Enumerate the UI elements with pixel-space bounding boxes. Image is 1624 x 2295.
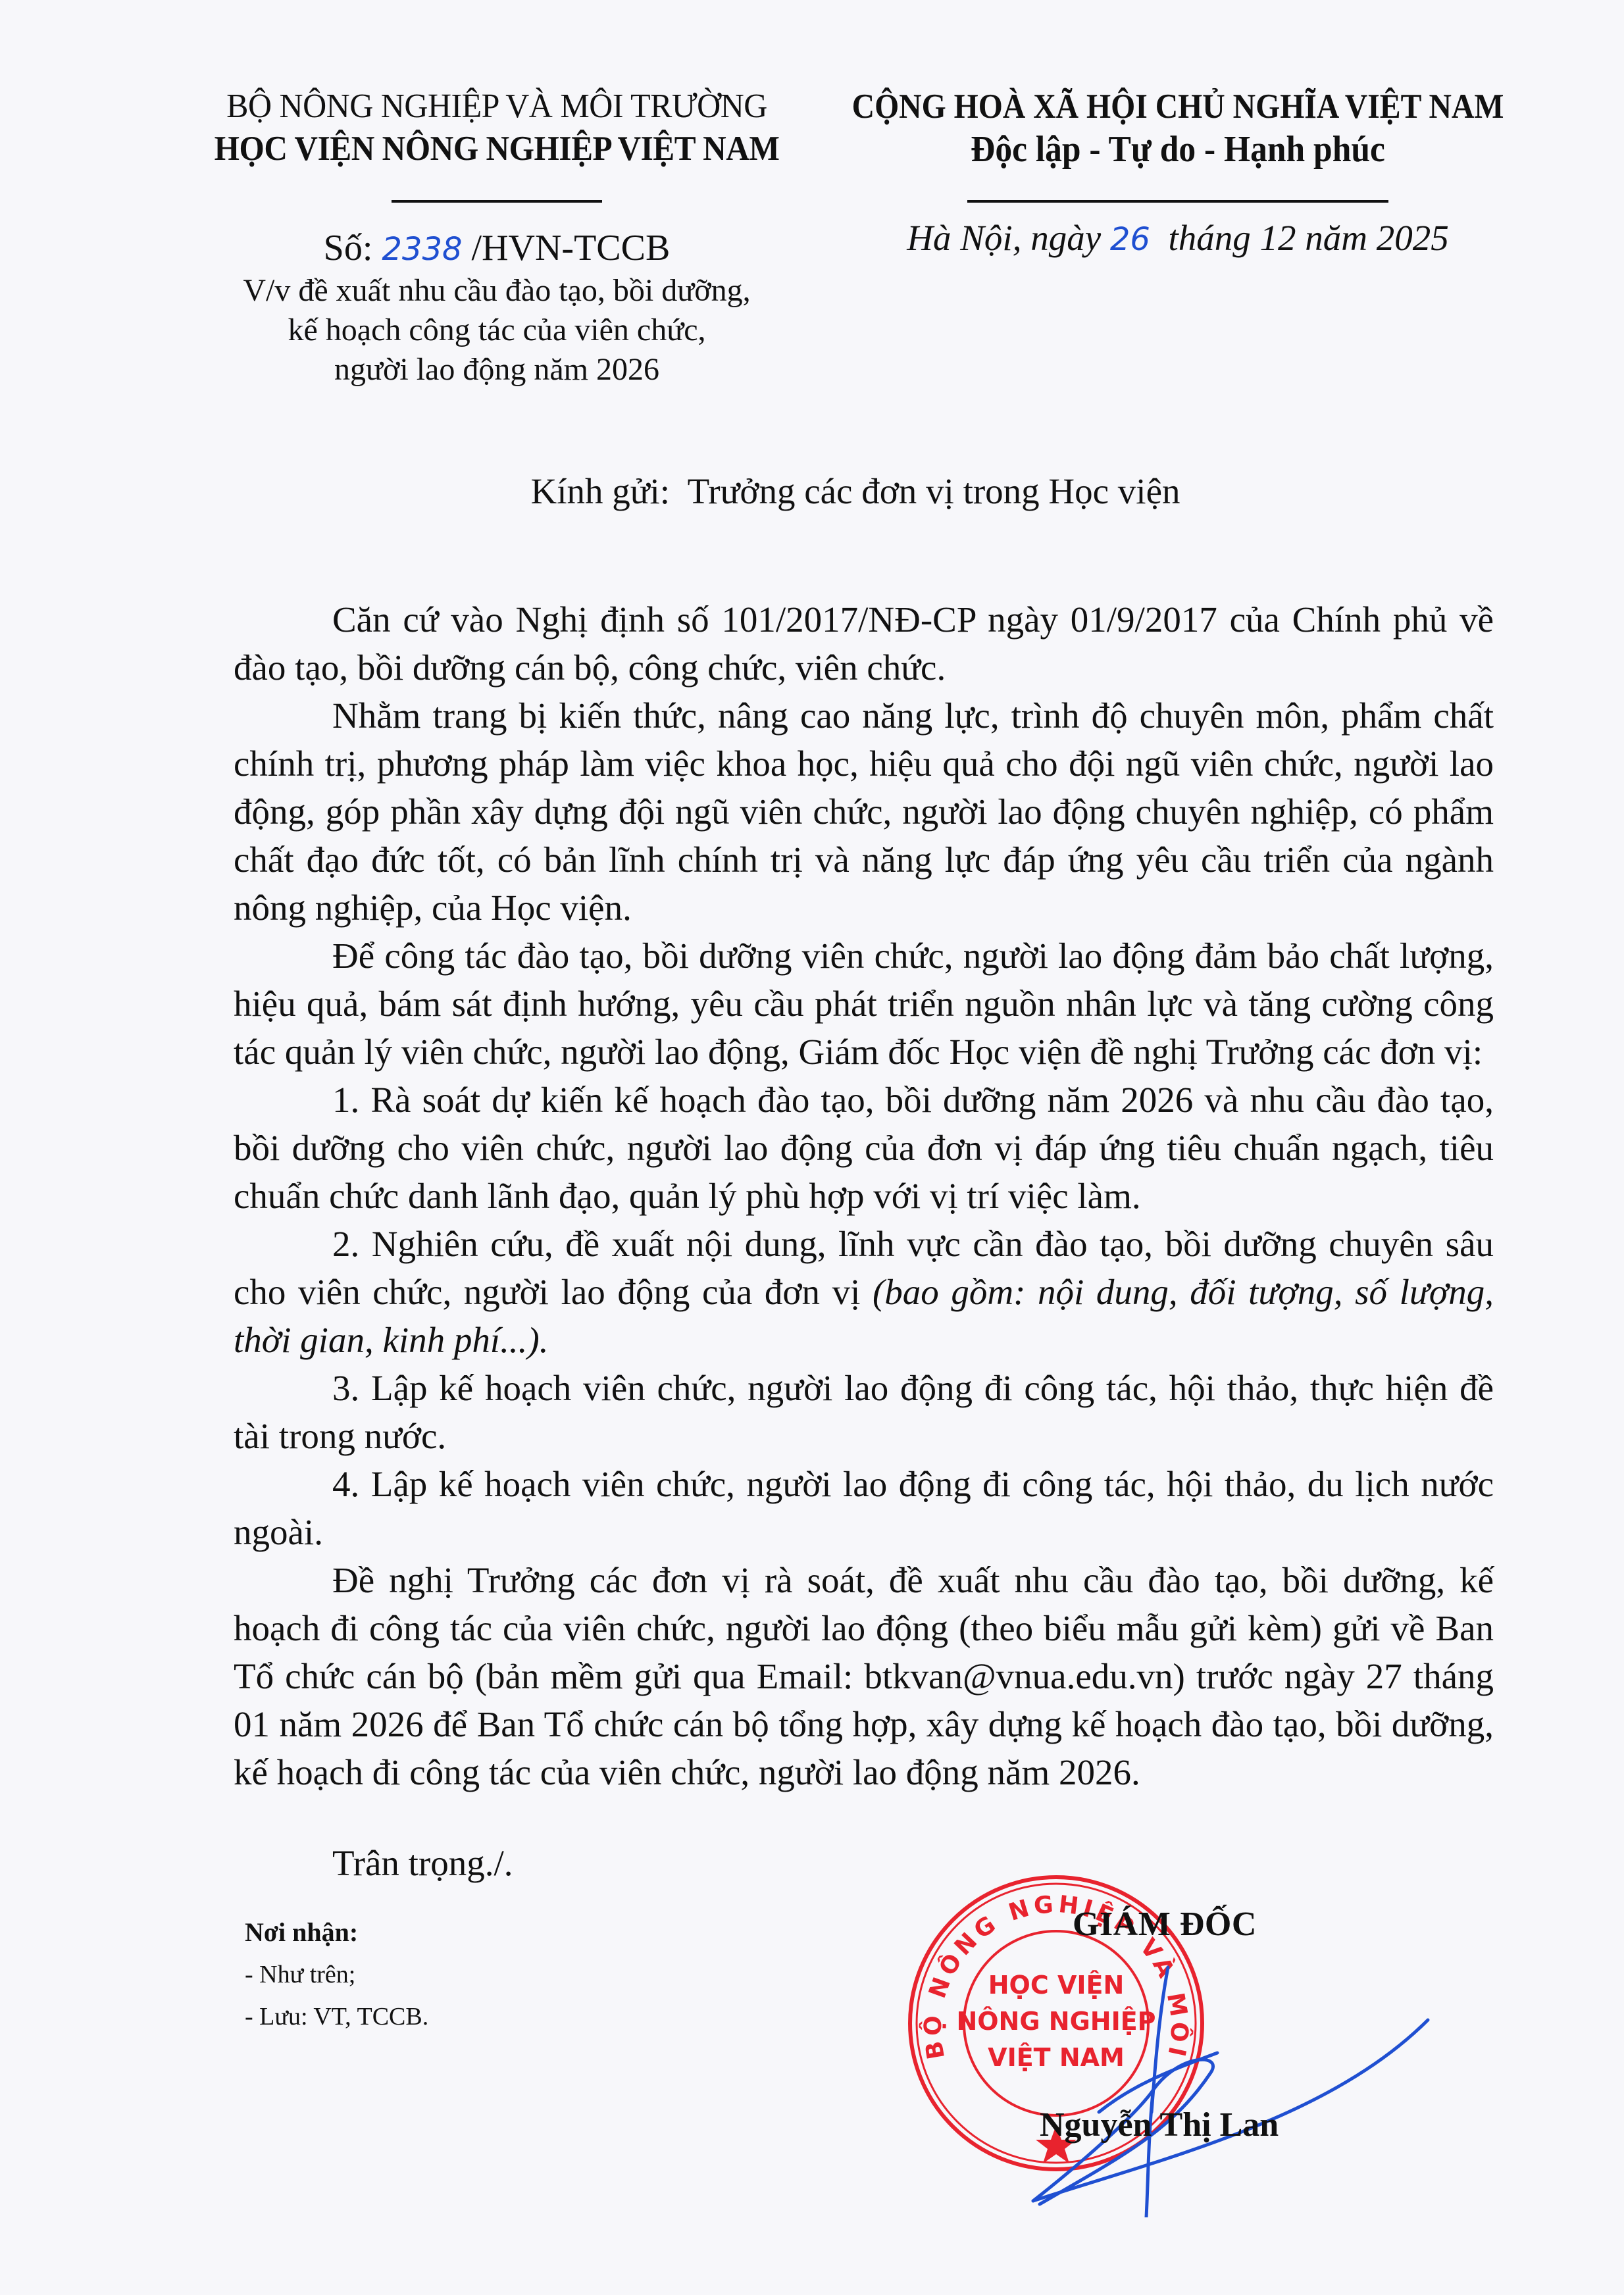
year-value: 2025	[1377, 218, 1449, 258]
recipients-title: Nơi nhận:	[245, 1911, 428, 1954]
handwritten-signature-icon	[1000, 1941, 1500, 2217]
recipient-item: - Như trên;	[245, 1954, 428, 1996]
subject-line-3: người lao động năm 2026	[178, 350, 816, 390]
recipients-block: Nơi nhận: - Như trên; - Lưu: VT, TCCB.	[245, 1911, 428, 2038]
list-item-1: 1. Rà soát dự kiến kế hoạch đào tạo, bồi…	[234, 1076, 1494, 1220]
addressee-label: Kính gửi:	[530, 471, 670, 511]
subject-line-2: kế hoạch công tác của viên chức,	[178, 311, 816, 350]
nation-name: CỘNG HOÀ XÃ HỘI CHỦ NGHĨA VIỆT NAM	[846, 86, 1510, 128]
email-address[interactable]: btkvan@vnua.edu.vn	[864, 1656, 1173, 1696]
paragraph-request-intro: Để công tác đào tạo, bồi dưỡng viên chức…	[234, 932, 1494, 1076]
handwritten-number: 2338	[382, 231, 462, 268]
addressee: Kính gửi: Trưởng các đơn vị trong Học vi…	[461, 470, 1250, 512]
recipient-item: - Lưu: VT, TCCB.	[245, 1996, 428, 2038]
number-prefix: Số:	[324, 228, 373, 268]
academy-name: HỌC VIỆN NÔNG NGHIỆP VIỆT NAM	[200, 128, 794, 170]
paragraph-legal-basis: Căn cứ vào Nghị định số 101/2017/NĐ-CP n…	[234, 595, 1494, 692]
date-place-prefix: Hà Nội, ngày	[907, 218, 1101, 258]
month-value: 12	[1259, 218, 1296, 258]
document-body: Căn cứ vào Nghị định số 101/2017/NĐ-CP n…	[234, 595, 1494, 1796]
document-number: Số: 2338 /HVN-TCCB	[178, 226, 816, 271]
subject-line-1: V/v đề xuất nhu cầu đào tạo, bồi dưỡng,	[178, 271, 816, 311]
year-label: năm	[1305, 218, 1367, 258]
national-header: CỘNG HOÀ XÃ HỘI CHỦ NGHĨA VIỆT NAM Độc l…	[809, 86, 1546, 203]
number-suffix: /HVN-TCCB	[472, 228, 671, 268]
month-label: tháng	[1168, 218, 1250, 258]
signer-name: Nguyễn Thị Lan	[1040, 2106, 1279, 2144]
document-date: Hà Nội, ngày 26 tháng 12 năm 2025	[809, 217, 1546, 259]
paragraph-purpose: Nhằm trang bị kiến thức, nâng cao năng l…	[234, 692, 1494, 932]
addressee-recipient: Trưởng các đơn vị trong Học viện	[688, 471, 1180, 511]
list-item-3: 3. Lập kế hoạch viên chức, người lao độn…	[234, 1364, 1494, 1460]
paragraph-submission: Đề nghị Trưởng các đơn vị rà soát, đề xu…	[234, 1556, 1494, 1796]
issuer-block: BỘ NÔNG NGHIỆP VÀ MÔI TRƯỜNG HỌC VIỆN NÔ…	[178, 86, 816, 390]
signer-title: GIÁM ĐỐC	[1073, 1905, 1257, 1944]
header-divider-right	[967, 200, 1388, 203]
closing-phrase: Trân trọng./.	[332, 1842, 513, 1884]
handwritten-day: 26	[1110, 221, 1150, 258]
national-motto: Độc lập - Tự do - Hạnh phúc	[839, 128, 1517, 171]
list-item-2: 2. Nghiên cứu, đề xuất nội dung, lĩnh vự…	[234, 1220, 1494, 1364]
list-item-4: 4. Lập kế hoạch viên chức, người lao độn…	[234, 1460, 1494, 1556]
header-divider-left	[392, 200, 602, 203]
ministry-name: BỘ NÔNG NGHIỆP VÀ MÔI TRƯỜNG	[190, 86, 803, 128]
